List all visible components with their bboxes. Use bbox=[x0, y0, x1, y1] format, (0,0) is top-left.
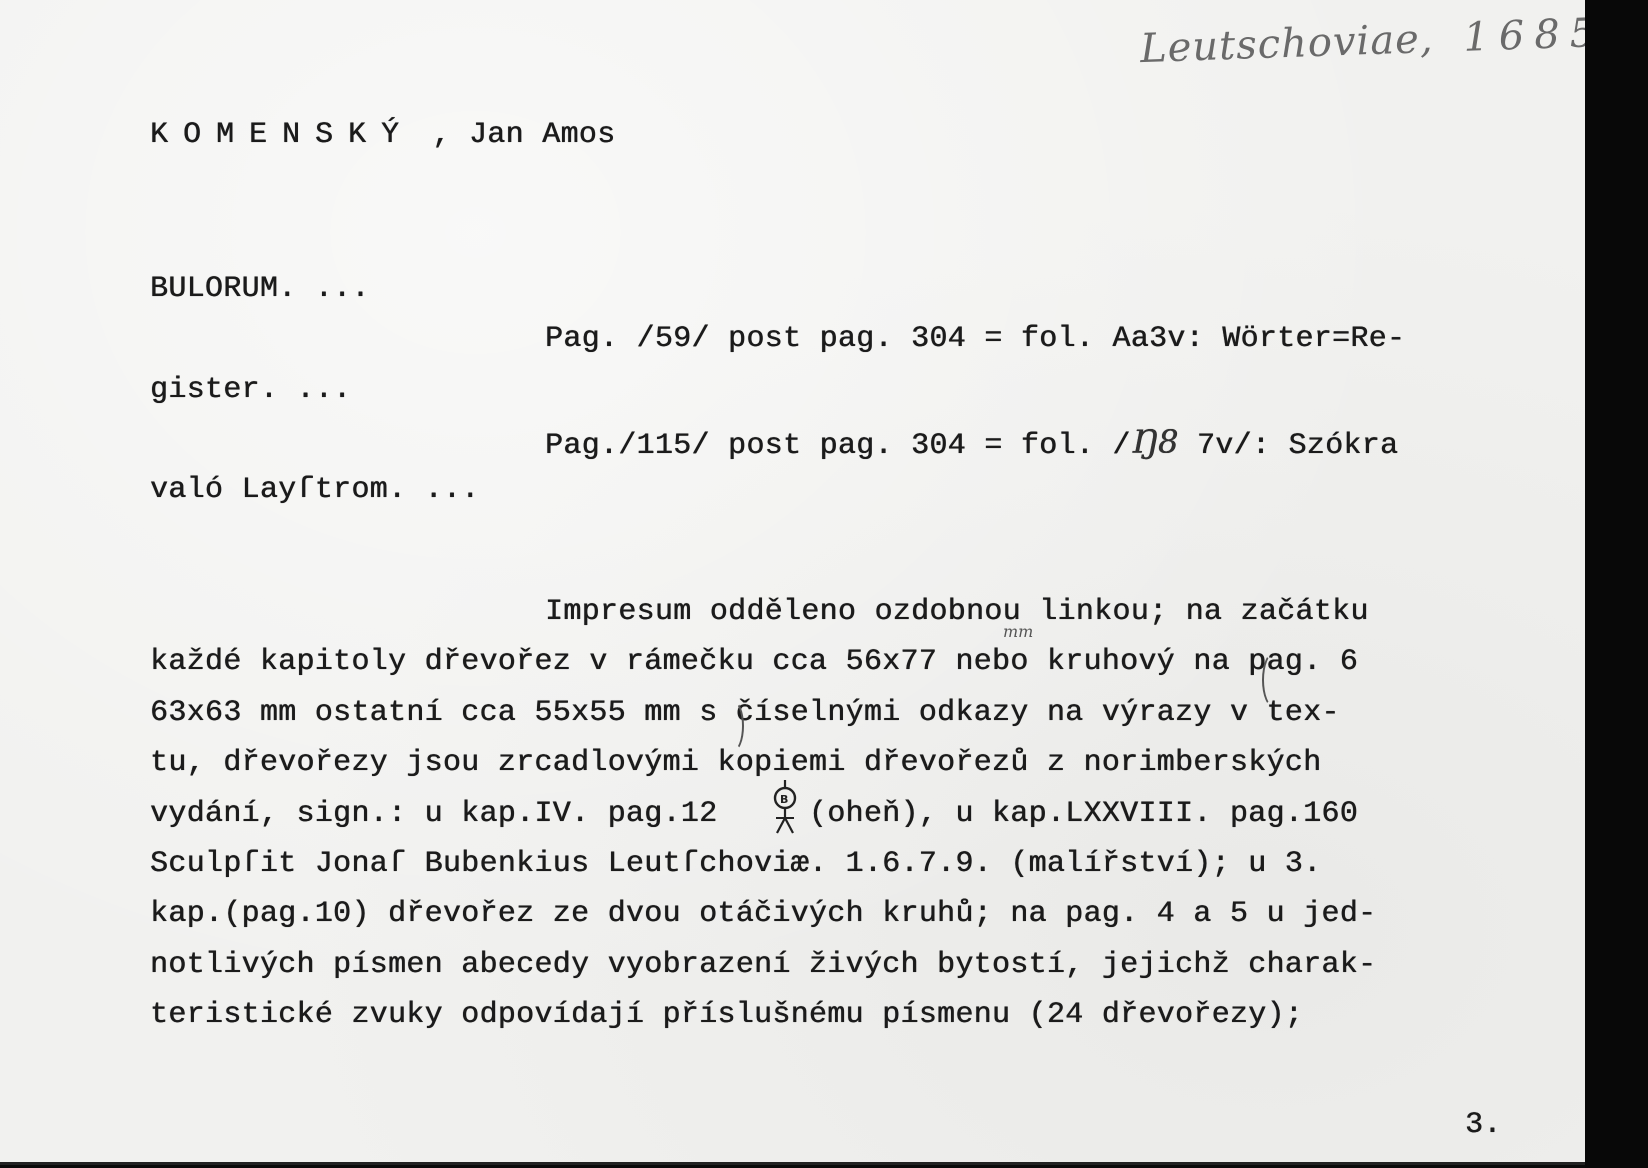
handwritten-place-date: Leutschoviae,1685 bbox=[1139, 10, 1606, 72]
description-line: Sculpſit Jonaſ Bubenkius Leutſchoviæ. 1.… bbox=[150, 847, 1321, 881]
description-line: 63x63 mm ostatní cca 55x55 mm s číselným… bbox=[150, 696, 1340, 730]
entry-text-tail: 7v/: Szókra bbox=[1179, 429, 1399, 463]
monogram-signature-icon: B bbox=[768, 780, 802, 834]
heading-separator: , bbox=[414, 118, 469, 152]
description-line: Impresum odděleno ozdobnou linkou; na za… bbox=[545, 595, 1369, 629]
description-line: notlivých písmen abecedy vyobrazení živý… bbox=[150, 948, 1376, 982]
handwritten-place: Leutschoviae, bbox=[1139, 16, 1434, 72]
svg-text:B: B bbox=[780, 793, 788, 806]
scan-border bbox=[1585, 0, 1648, 1168]
entry-text: Pag./115/ post pag. 304 = fol. / bbox=[545, 429, 1131, 463]
author-surname: KOMENSKÝ bbox=[150, 118, 414, 152]
handwritten-folio-mark: Ŋ8 bbox=[1131, 423, 1179, 461]
handwritten-mm-annotation: mm bbox=[1003, 622, 1033, 641]
entry-line: BULORUM. ... bbox=[150, 272, 370, 306]
description-line: vydání, sign.: u kap.IV. pag.12 (oheň), … bbox=[150, 797, 1358, 831]
handwritten-parenthesis-close bbox=[722, 700, 744, 752]
entry-line: Pag. /59/ post pag. 304 = fol. Aa3v: Wör… bbox=[545, 322, 1405, 356]
description-line: každé kapitoly dřevořez v rámečku cca 56… bbox=[150, 645, 1358, 679]
description-line: kap.(pag.10) dřevořez ze dvou otáčivých … bbox=[150, 897, 1376, 931]
author-given-names: Jan Amos bbox=[469, 118, 615, 152]
author-heading: KOMENSKÝ , Jan Amos bbox=[150, 118, 615, 152]
page-number: 3. bbox=[1465, 1108, 1502, 1142]
entry-line: gister. ... bbox=[150, 373, 351, 407]
entry-line: Pag./115/ post pag. 304 = fol. /Ŋ8 7v/: … bbox=[545, 423, 1398, 463]
handwritten-parenthesis-open bbox=[1262, 652, 1286, 708]
catalog-card: Leutschoviae,1685 KOMENSKÝ , Jan Amos BU… bbox=[0, 0, 1585, 1165]
description-line: teristické zvuky odpovídají příslušnému … bbox=[150, 998, 1303, 1032]
entry-line: való Layſtrom. ... bbox=[150, 473, 479, 507]
